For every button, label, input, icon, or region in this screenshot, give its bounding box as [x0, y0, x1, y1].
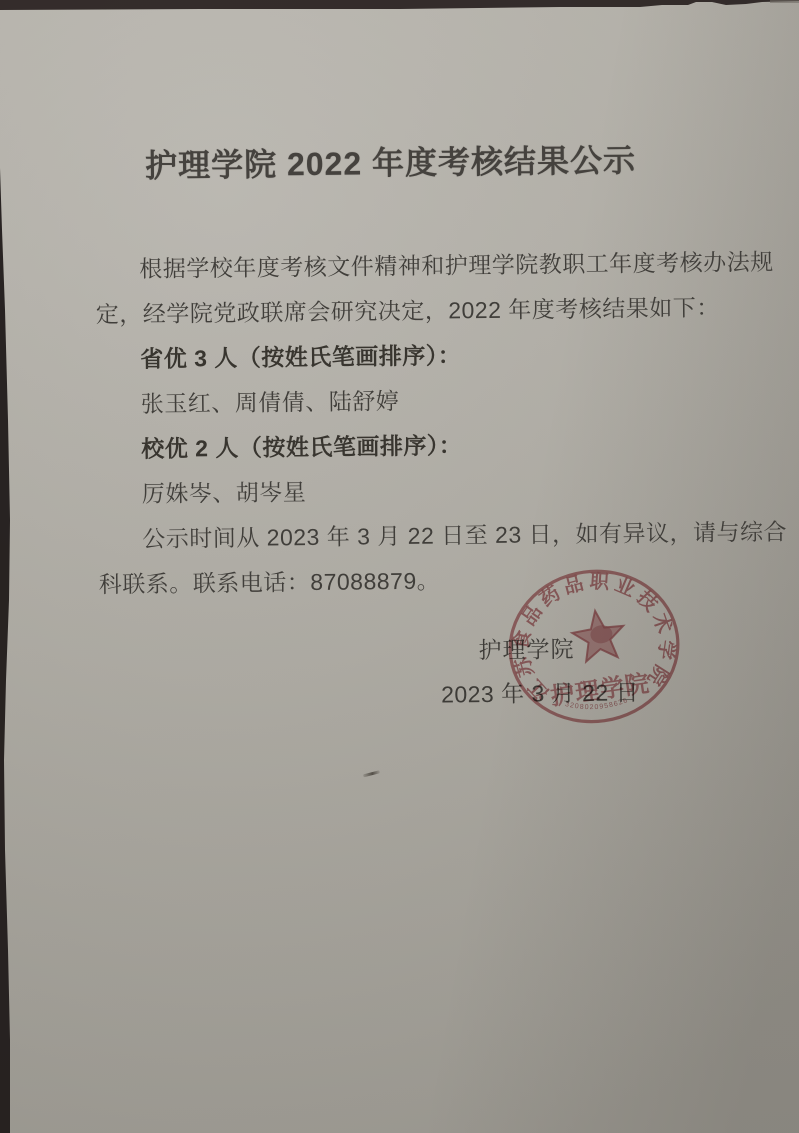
pen-mark	[363, 770, 380, 777]
document-body: 根据学校年度考核文件精神和护理学院教职工年度考核办法规 定，经学院党政联席会研究…	[95, 240, 760, 607]
page-title: 护理学院 2022 年度考核结果公示	[0, 134, 785, 189]
paragraph-intro-line1: 根据学校年度考核文件精神和护理学院教职工年度考核办法规	[95, 240, 756, 292]
province-award-heading: 省优 3 人（按姓氏笔画排序）：	[96, 330, 757, 382]
school-award-names: 厉姝岑、胡岑星	[98, 465, 759, 517]
document-photo: 护理学院 2022 年度考核结果公示 根据学校年度考核文件精神和护理学院教职工年…	[0, 0, 799, 1133]
notice-line1: 公示时间从 2023 年 3 月 22 日至 23 日，如有异议，请与综合	[98, 510, 759, 562]
signature-department: 护理学院	[478, 631, 574, 665]
province-award-names: 张玉红、周倩倩、陆舒婷	[97, 375, 758, 427]
document-content: 护理学院 2022 年度考核结果公示 根据学校年度考核文件精神和护理学院教职工年…	[0, 0, 799, 1133]
signature-date: 2023 年 3 月 22 日	[441, 674, 639, 709]
notice-line2: 科联系。联系电话：87088879。	[99, 555, 760, 607]
school-award-heading: 校优 2 人（按姓氏笔画排序）：	[97, 420, 758, 472]
paragraph-intro-line2: 定，经学院党政联席会研究决定，2022 年度考核结果如下：	[96, 285, 757, 337]
